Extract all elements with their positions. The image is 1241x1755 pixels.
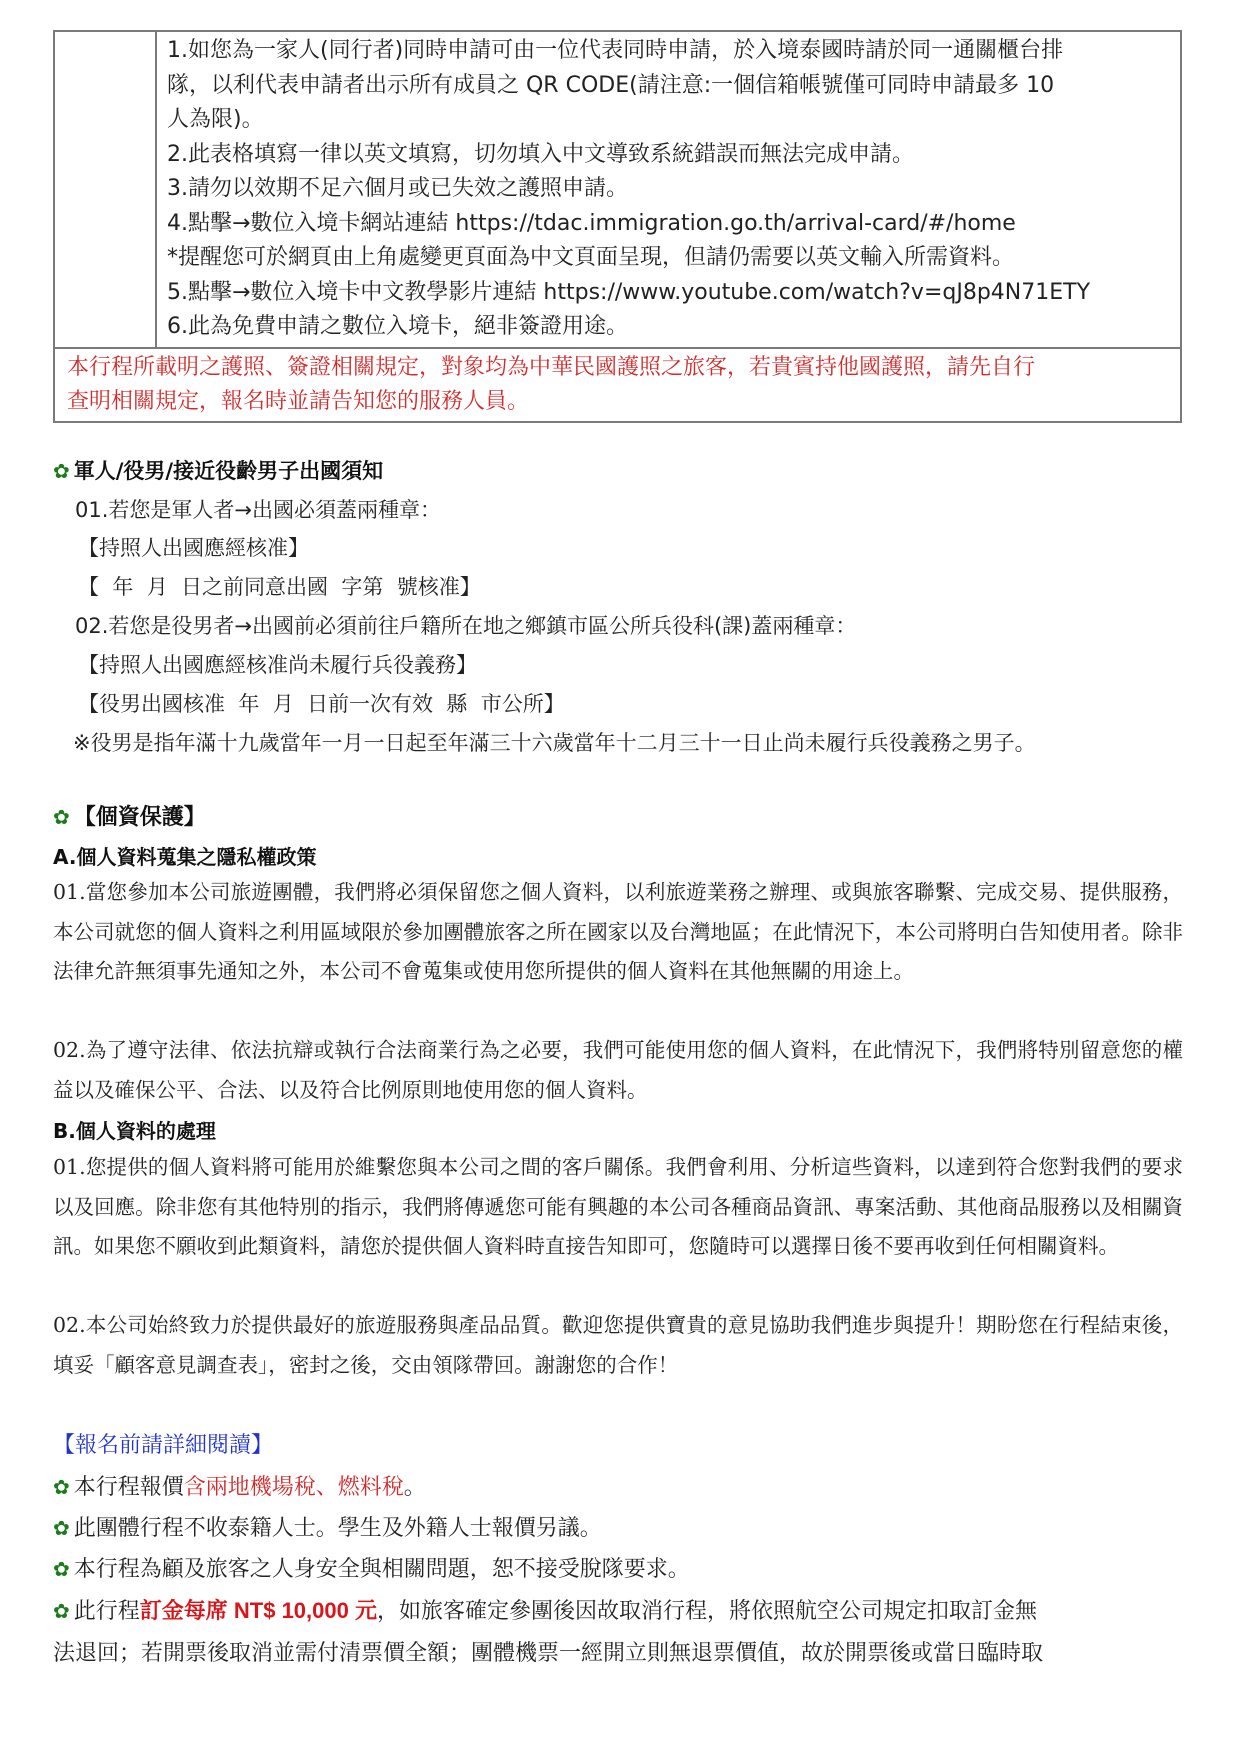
privacy-section-b-title: B.個人資料的處理 bbox=[53, 1115, 216, 1144]
privacy-heading: ✿【個資保護】 bbox=[53, 800, 206, 831]
flower-bullet-icon: ✿ bbox=[53, 1557, 70, 1581]
read-before-item-4-continued: 法退回；若開票後取消並需付清票價全額；團體機票一經開立則無退票價值，故於開票後或… bbox=[53, 1636, 1043, 1667]
tdac-line: 6.此為免費申請之數位入境卡，絕非簽證用途。 bbox=[167, 310, 1172, 345]
read-before-item-1: ✿本行程報價含兩地機場稅、燃料稅。 bbox=[53, 1470, 426, 1501]
privacy-section-a-title: A.個人資料蒐集之隱私權政策 bbox=[53, 841, 316, 870]
flower-bullet-icon: ✿ bbox=[53, 1516, 70, 1540]
tdac-line: 隊，以利代表申請者出示所有成員之 QR CODE(請注意:一個信箱帳號僅可同時申… bbox=[167, 69, 1172, 104]
tdac-website-link-line[interactable]: 4.點擊→數位入境卡網站連結 https://tdac.immigration.… bbox=[167, 207, 1172, 242]
read-before-item-4: ✿此行程訂金每席 NT$ 10,000 元，如旅客確定參團後因故取消行程，將依照… bbox=[53, 1594, 1037, 1625]
military-line: 01.若您是軍人者→出國必須蓋兩種章： bbox=[75, 494, 441, 524]
tdac-video-link-line[interactable]: 5.點擊→數位入境卡中文教學影片連結 https://www.youtube.c… bbox=[167, 276, 1172, 311]
table-content-cell: 1.如您為一家人(同行者)同時申請可由一位代表同時申請，於入境泰國時請於同一通關… bbox=[156, 31, 1181, 348]
warning-line: 本行程所載明之護照、簽證相關規定，對象均為中華民國護照之旅客，若貴賓持他國護照，… bbox=[67, 351, 1170, 385]
deposit-amount: 訂金每席 NT$ 10,000 元 bbox=[140, 1598, 377, 1623]
privacy-b-paragraph-1: 01.您提供的個人資料將可能用於維繫您與本公司之間的客戶關係。我們會利用、分析這… bbox=[53, 1148, 1183, 1267]
read-before-item-3: ✿本行程為顧及旅客之人身安全與相關問題，恕不接受脫隊要求。 bbox=[53, 1552, 690, 1583]
privacy-b-paragraph-2: 02.本公司始終致力於提供最好的旅遊服務與產品品質。歡迎您提供寶貴的意見協助我們… bbox=[53, 1306, 1183, 1385]
tdac-line: 1.如您為一家人(同行者)同時申請可由一位代表同時申請，於入境泰國時請於同一通關… bbox=[167, 34, 1172, 69]
military-heading: ✿軍人/役男/接近役齡男子出國須知 bbox=[53, 455, 383, 485]
flower-bullet-icon: ✿ bbox=[53, 805, 70, 829]
tdac-notice-table: 1.如您為一家人(同行者)同時申請可由一位代表同時申請，於入境泰國時請於同一通關… bbox=[53, 30, 1182, 423]
read-before-title: 【報名前請詳細閱讀】 bbox=[53, 1428, 273, 1459]
tdac-line: *提醒您可於網頁由上角處變更頁面為中文頁面呈現，但請仍需要以英文輸入所需資料。 bbox=[167, 241, 1172, 276]
tdac-line: 3.請勿以效期不足六個月或已失效之護照申請。 bbox=[167, 172, 1172, 207]
military-footnote: ※役男是指年滿十九歲當年一月一日起至年滿三十六歲當年十二月三十一日止尚未履行兵役… bbox=[73, 727, 1036, 757]
table-label-cell bbox=[54, 31, 156, 348]
flower-bullet-icon: ✿ bbox=[53, 1599, 70, 1623]
military-line: 【持照人出國應經核准尚未履行兵役義務】 bbox=[78, 649, 477, 679]
privacy-a-paragraph-2: 02.為了遵守法律、依法抗辯或執行合法商業行為之必要，我們可能使用您的個人資料，… bbox=[53, 1031, 1183, 1110]
warning-line: 查明相關規定，報名時並請告知您的服務人員。 bbox=[67, 385, 1170, 419]
passport-warning-cell: 本行程所載明之護照、簽證相關規定，對象均為中華民國護照之旅客，若貴賓持他國護照，… bbox=[54, 348, 1181, 422]
military-line: 02.若您是役男者→出國前必須前往戶籍所在地之鄉鎮市區公所兵役科(課)蓋兩種章： bbox=[75, 610, 856, 640]
military-line: 【 年 月 日之前同意出國 字第 號核准】 bbox=[78, 571, 481, 601]
privacy-a-paragraph-1: 01.當您參加本公司旅遊團體，我們將必須保留您之個人資料，以利旅遊業務之辦理、或… bbox=[53, 873, 1183, 992]
military-title: 軍人/役男/接近役齡男子出國須知 bbox=[74, 459, 383, 483]
flower-bullet-icon: ✿ bbox=[53, 1475, 70, 1499]
flower-bullet-icon: ✿ bbox=[53, 459, 70, 483]
tdac-line: 人為限)。 bbox=[167, 103, 1172, 138]
tdac-line: 2.此表格填寫一律以英文填寫，切勿填入中文導致系統錯誤而無法完成申請。 bbox=[167, 138, 1172, 173]
read-before-item-2: ✿此團體行程不收泰籍人士。學生及外籍人士報價另議。 bbox=[53, 1511, 602, 1542]
privacy-title: 【個資保護】 bbox=[74, 805, 206, 830]
military-line: 【役男出國核准 年 月 日前一次有效 縣 市公所】 bbox=[78, 688, 565, 718]
military-line: 【持照人出國應經核准】 bbox=[78, 532, 309, 562]
